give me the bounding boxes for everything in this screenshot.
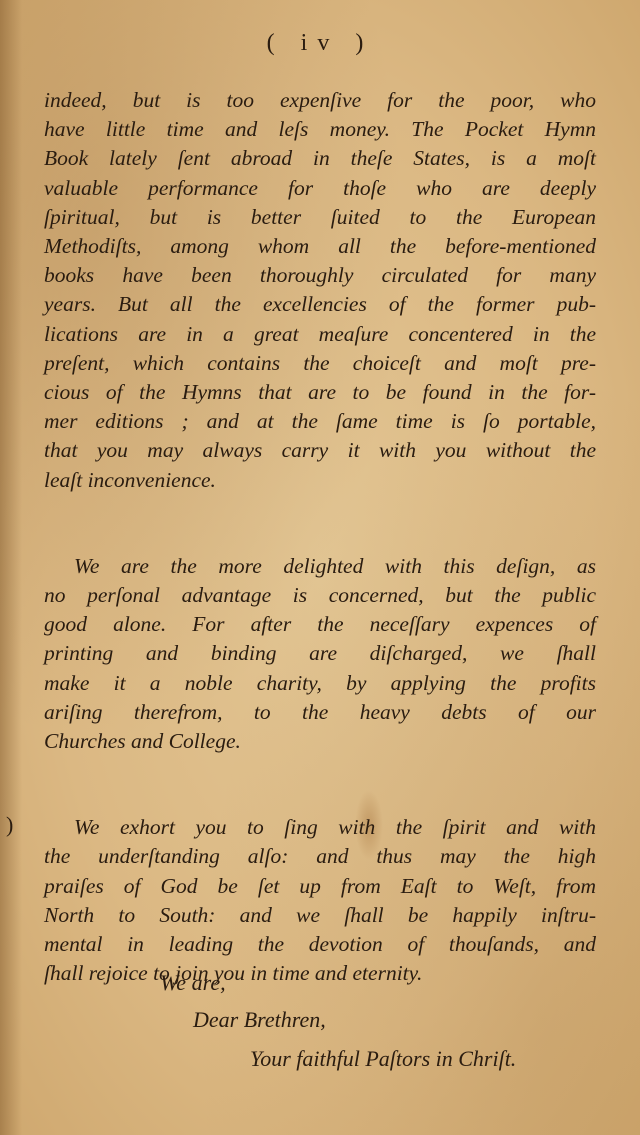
paragraph-2: We are the more delighted with this deſi…: [44, 552, 596, 756]
text-line: the underſtanding alſo: and thus may the…: [44, 842, 596, 871]
text-line: Churches and College.: [44, 727, 596, 756]
text-line: make it a noble charity, by applying the…: [44, 669, 596, 698]
text-line: lications are in a great meaſure concent…: [44, 320, 596, 349]
paragraph-1: indeed, but is too expenſive for the poo…: [44, 86, 596, 495]
text-line: Methodiſts, among whom all the before-me…: [44, 232, 596, 261]
page-number: ( iv ): [0, 30, 640, 57]
scanned-page: ( iv ) indeed, but is too expenſive for …: [0, 0, 640, 1135]
text-line: mer editions ; and at the ſame time is ſ…: [44, 407, 596, 436]
text-line: valuable performance for thoſe who are d…: [44, 174, 596, 203]
text-line: have little time and leſs money. The Poc…: [44, 115, 596, 144]
text-line: Book lately ſent abroad in theſe States,…: [44, 144, 596, 173]
text-line: years. But all the excellencies of the f…: [44, 290, 596, 319]
text-line: ſhall rejoice to join you in time and et…: [44, 959, 596, 988]
text-line: good alone. For after the neceſſary expe…: [44, 610, 596, 639]
text-line: We exhort you to ſing with the ſpirit an…: [44, 813, 596, 842]
text-line: no perſonal advantage is concerned, but …: [44, 581, 596, 610]
text-line: that you may always carry it with you wi…: [44, 436, 596, 465]
text-line: We are the more delighted with this deſi…: [44, 552, 596, 581]
signatory-line: Your faithful Paſtors in Chriſt.: [250, 1046, 516, 1072]
text-line: indeed, but is too expenſive for the poo…: [44, 86, 596, 115]
body-text: indeed, but is too expenſive for the poo…: [44, 86, 596, 988]
salutation-line: Dear Brethren,: [193, 1007, 326, 1033]
paragraph-spacer: [44, 495, 596, 552]
paragraph-spacer: [44, 756, 596, 813]
text-line: preſent, which contains the choiceſt and…: [44, 349, 596, 378]
text-line: North to South: and we ſhall be happily …: [44, 901, 596, 930]
page-edge-shadow: [0, 0, 22, 1135]
text-line: printing and binding are diſcharged, we …: [44, 639, 596, 668]
closing-line: We are,: [160, 970, 226, 996]
text-line: mental in leading the devotion of thouſa…: [44, 930, 596, 959]
text-line: leaſt inconvenience.: [44, 466, 596, 495]
text-line: praiſes of God be ſet up from Eaſt to We…: [44, 872, 596, 901]
paragraph-3: We exhort you to ſing with the ſpirit an…: [44, 813, 596, 988]
text-line: ſpiritual, but is better ſuited to the E…: [44, 203, 596, 232]
text-line: cious of the Hymns that are to be found …: [44, 378, 596, 407]
margin-mark: ): [6, 812, 13, 838]
text-line: ariſing therefrom, to the heavy debts of…: [44, 698, 596, 727]
text-line: books have been thoroughly circulated fo…: [44, 261, 596, 290]
